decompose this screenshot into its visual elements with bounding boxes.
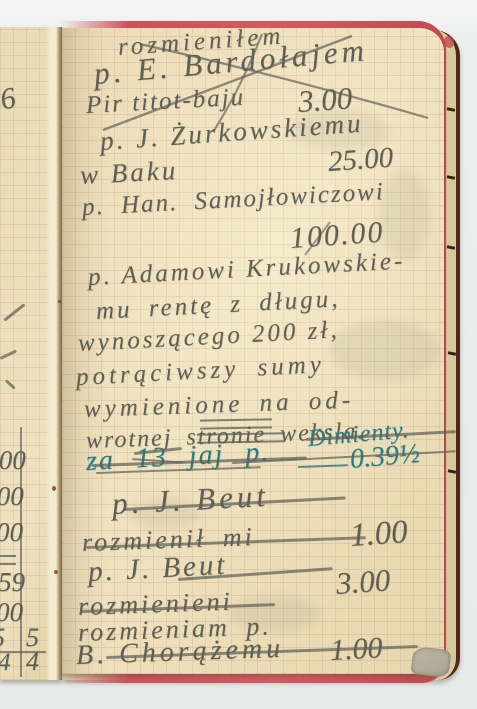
pencil-mark: [0, 350, 17, 360]
left-page-fragment: 56: [0, 81, 19, 120]
left-page-fragment: 4: [0, 649, 11, 677]
entry-line: w Baku: [79, 155, 179, 191]
left-page-fragment: .00: [0, 445, 26, 476]
entry-amount: 1.00: [349, 514, 409, 555]
left-page-fragment: 59: [0, 567, 25, 598]
entry-amount: 25.00: [327, 141, 394, 178]
left-page-fragment: 4: [26, 647, 39, 677]
pencil-mark: [5, 379, 16, 389]
sum-mark: [0, 555, 16, 565]
pencil-mark: [3, 303, 25, 321]
worm-hole: [54, 570, 58, 574]
smudge: [380, 170, 430, 260]
smudge: [330, 320, 440, 380]
left-page-sliver: 56 .00 .00 00 59 00 5 5 4 4: [0, 27, 62, 680]
worm-hole: [58, 300, 61, 303]
worm-hole: [52, 486, 56, 491]
tape-patch: [410, 646, 451, 678]
scanned-notebook-page: 56 .00 .00 00 59 00 5 5 4 4 rozmieniłem …: [0, 0, 477, 709]
left-page-fragment: 00: [0, 517, 23, 548]
total-mark: [200, 418, 272, 429]
left-page-fragment: .00: [0, 481, 24, 512]
entry-amount: 3.00: [335, 562, 392, 602]
